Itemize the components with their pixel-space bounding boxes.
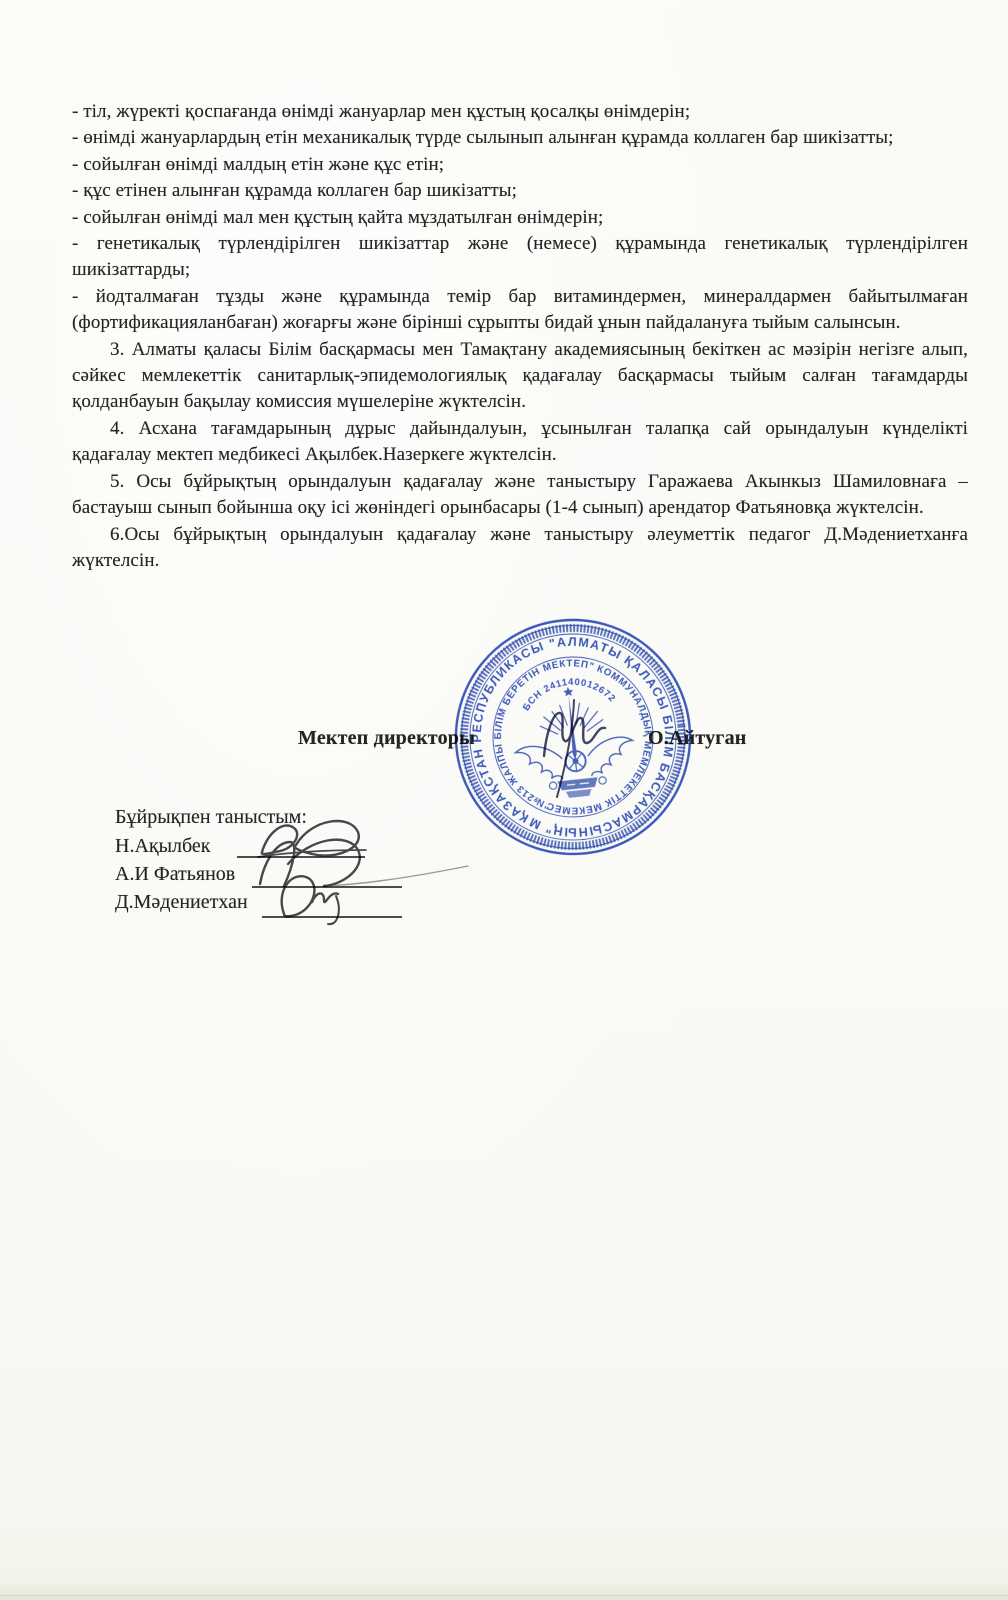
paragraph-item-6: 6.Осы бұйрықтың орындалуын қадағалау жән… [72,522,968,575]
signature-line-2 [252,886,402,888]
signatory-fatyanov: А.И Фатьянов [115,863,235,886]
emblem-left-wing [515,743,564,783]
document-body: - тіл, жүректі қоспағанда өнімді жануарл… [72,99,968,574]
emblem-right-wing [586,736,635,776]
paragraph-item-3: 3. Алматы қаласы Білім басқармасы мен Та… [72,337,968,416]
paragraph-poultry-collagen: - құс етінен алынған құрамда коллаген ба… [72,178,968,204]
emblem-spike [567,695,578,759]
paragraph-non-iodized-salt-flour: - йодталмаған тұзды және құрамында темір… [72,284,968,337]
paragraph-item-4: 4. Асхана тағамдарының дұрыс дайындалуын… [72,416,968,469]
paragraph-slaughtered-meat: - сойылған өнімді малдың етін және құс е… [72,152,968,178]
paragraph-item-5: 5. Осы бұйрықтың орындалуын қадағалау жә… [72,469,968,522]
signatory-akylbek: Н.Ақылбек [115,835,211,858]
scanned-document-page: - тіл, жүректі қоспағанда өнімді жануарл… [0,0,1008,1600]
signature-tail-stroke [324,866,468,886]
emblem-banner [557,777,599,799]
signature-fatyanov-ink [260,840,468,886]
director-title: Мектеп директоры [298,727,475,750]
signature-line-1 [237,856,365,858]
paragraph-refrozen-products: - сойылған өнімді мал мен құстың қайта м… [72,205,968,231]
paragraph-gmo-raw-materials: - генетикалық түрлендірілген шикізаттар … [72,231,968,284]
signature-line-3 [262,916,402,918]
signatory-madeniethan: Д.Мәдениетхан [115,891,248,914]
paragraph-mechanically-separated-meat: - өнімді жануарлардың етін механикалық т… [72,125,968,151]
paragraph-byproducts: - тіл, жүректі қоспағанда өнімді жануарл… [72,99,968,125]
scan-bottom-edge [0,1595,1008,1600]
official-school-stamp: ҚАЗАҚСТАН РЕСПУБЛИКАСЫ "АЛМАТЫ ҚАЛАСЫ БІ… [441,605,705,869]
acknowledgement-heading: Бұйрықпен таныстым: [115,806,307,829]
